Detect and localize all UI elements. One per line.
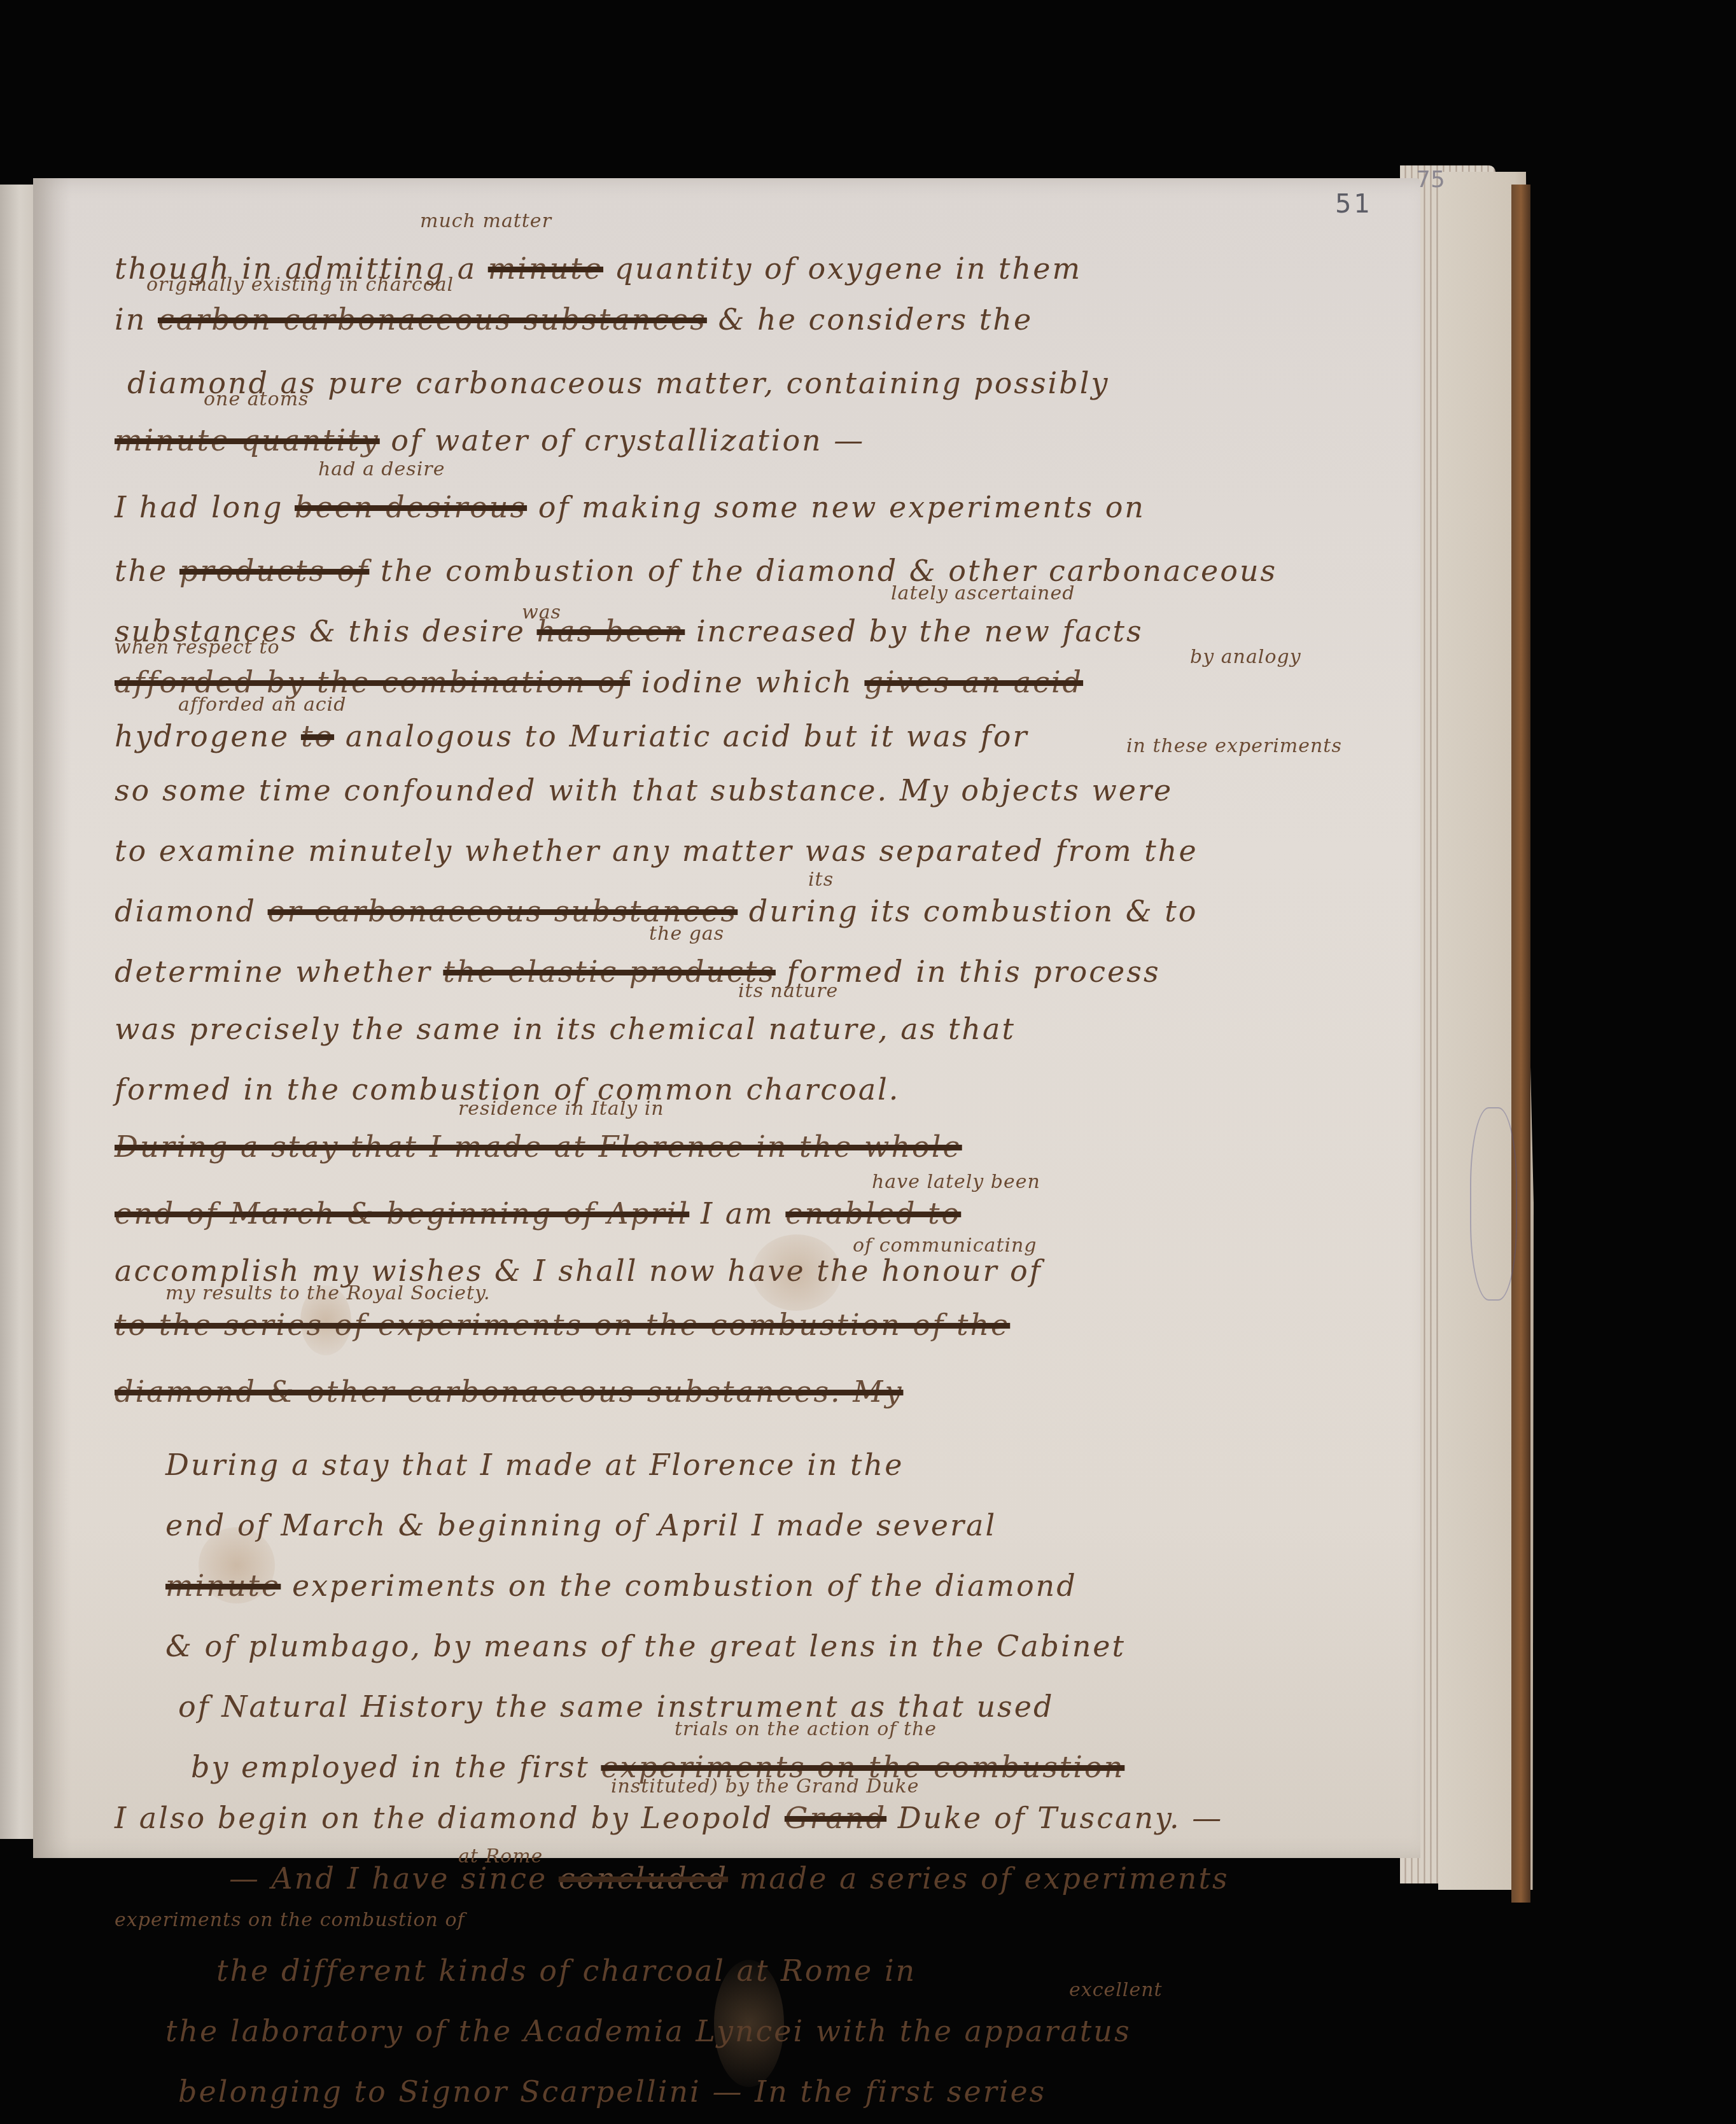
manuscript-line: so some time confounded with that substa…: [115, 773, 1173, 807]
interlinear-insertion: residence in Italy in: [458, 1098, 664, 1120]
interlinear-insertion: its: [808, 869, 834, 891]
struck-through-text: been desirous: [295, 490, 527, 524]
interlinear-insertion: the gas: [649, 923, 724, 945]
struck-through-text: diamond & other carbonaceous substances.…: [115, 1374, 903, 1409]
struck-through-text: end of March & beginning of April: [115, 1196, 689, 1231]
struck-through-text: the elastic products: [443, 954, 776, 989]
struck-through-text: carbon carbonaceous substances: [158, 302, 707, 337]
struck-through-text: products of: [179, 554, 369, 588]
manuscript-line: the different kinds of charcoal at Rome …: [216, 1953, 916, 1988]
interlinear-insertion: by analogy: [1190, 646, 1301, 668]
interlinear-insertion: afforded an acid: [178, 694, 346, 716]
interlinear-insertion: instituted) by the Grand Duke: [611, 1775, 920, 1798]
manuscript-line: to examine minutely whether any matter w…: [115, 834, 1198, 868]
struck-through-text: minute: [488, 251, 603, 286]
manuscript-line: hydrogene to analogous to Muriatic acid …: [115, 719, 1029, 753]
interlinear-insertion: my results to the Royal Society.: [165, 1282, 491, 1304]
interlinear-insertion: trials on the action of the: [675, 1718, 937, 1740]
manuscript-line: During a stay that I made at Florence in…: [115, 1129, 962, 1164]
manuscript-line: was precisely the same in its chemical n…: [115, 1012, 1016, 1046]
folio-number: 51: [1335, 190, 1373, 219]
interlinear-insertion: originally existing in charcoal: [146, 274, 454, 296]
manuscript-line: minute experiments on the combustion of …: [165, 1569, 1077, 1603]
manuscript-line: minute quantity of water of crystallizat…: [115, 423, 865, 458]
manuscript-line: & of plumbago, by means of the great len…: [165, 1629, 1126, 1663]
manuscript-line: in carbon carbonaceous substances & he c…: [115, 302, 1033, 337]
manuscript-line: to the series of experiments on the comb…: [115, 1308, 1010, 1342]
leather-cover-edge: [1511, 185, 1530, 1903]
gutter-shadow: [33, 178, 71, 1858]
struck-through-text: to: [301, 719, 334, 753]
manuscript-line: I had long been desirous of making some …: [115, 490, 1145, 524]
struck-through-text: minute: [165, 1569, 281, 1603]
manuscript-line: belonging to Signor Scarpellini — In the…: [178, 2074, 1046, 2109]
struck-through-text: enabled to: [785, 1196, 961, 1231]
manuscript-line: determine whether the elastic products f…: [115, 954, 1161, 989]
interlinear-insertion: had a desire: [318, 458, 445, 480]
struck-through-text: minute quantity: [115, 423, 380, 458]
struck-through-text: gives an acid: [864, 665, 1083, 699]
interlinear-insertion: its nature: [738, 980, 838, 1002]
manuscript-line: end of March & beginning of April I made…: [165, 1508, 997, 1542]
interlinear-insertion: have lately been: [872, 1171, 1040, 1193]
interlinear-insertion: excellent: [1069, 1979, 1163, 2001]
struck-through-text: During a stay that I made at Florence in…: [115, 1129, 962, 1164]
interlinear-insertion: experiments on the combustion of: [115, 1909, 465, 1931]
manuscript-line: I also begin on the diamond by Leopold G…: [115, 1801, 1223, 1835]
interlinear-insertion: in these experiments: [1126, 735, 1342, 757]
manuscript-line: the laboratory of the Academia Lyncei wi…: [165, 2014, 1131, 2048]
pencil-sketch: [1470, 1107, 1517, 1301]
struck-through-text: to the series of experiments on the comb…: [115, 1308, 1010, 1342]
manuscript-line: — And I have since concluded made a seri…: [229, 1861, 1229, 1896]
folio-number-old: 75: [1416, 167, 1445, 193]
struck-through-text: Grand: [785, 1801, 886, 1835]
manuscript-line: end of March & beginning of April I am e…: [115, 1196, 961, 1231]
struck-through-text: has been: [536, 614, 685, 648]
interlinear-insertion: one atoms: [204, 388, 309, 410]
left-page-edge: [0, 185, 34, 1839]
manuscript-line: the products of the combustion of the di…: [115, 554, 1277, 588]
interlinear-insertion: lately ascertained: [891, 582, 1075, 604]
interlinear-insertion: when respect to: [115, 636, 280, 659]
struck-through-text: concluded: [559, 1861, 728, 1896]
interlinear-insertion: much matter: [420, 210, 552, 232]
manuscript-line: During a stay that I made at Florence in…: [165, 1448, 904, 1482]
manuscript-line: diamond & other carbonaceous substances.…: [115, 1374, 903, 1409]
